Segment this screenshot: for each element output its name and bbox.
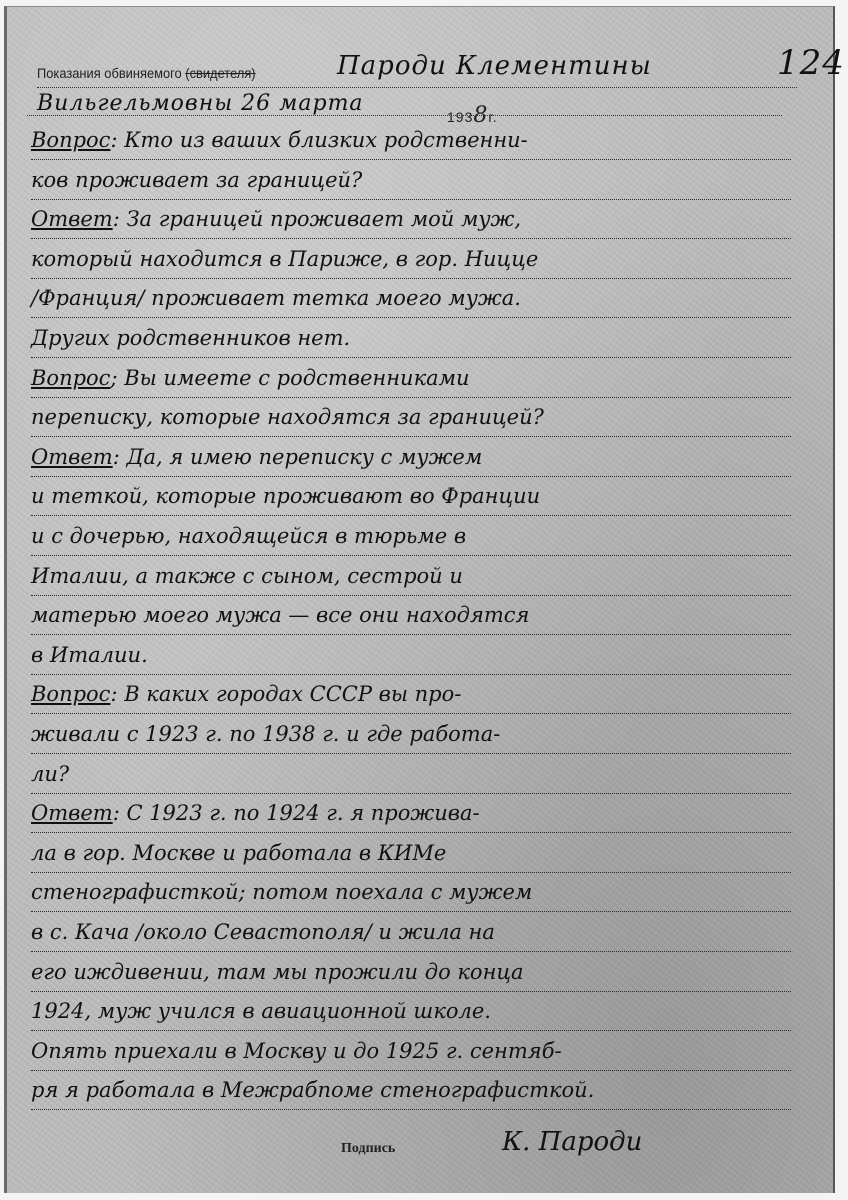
header-rule-2 <box>27 115 782 116</box>
testimony-line: Вопрос; Вы имеете с родственниками <box>31 359 791 398</box>
printed-header-label: Показания обвиняемого (свидетеля) <box>37 65 256 81</box>
line-text: стенографисткой; потом поехала с мужем <box>31 880 532 904</box>
testimony-line: переписку, которые находятся за границей… <box>31 398 791 437</box>
signature-label: Подпись <box>341 1141 395 1157</box>
testimony-line: и теткой, которые проживают во Франции <box>31 477 791 516</box>
testimony-line: Италии, а также с сыном, сестрой и <box>31 557 791 596</box>
testimony-line: стенографисткой; потом поехала с мужем <box>31 873 791 912</box>
qa-label: Вопрос <box>31 366 110 390</box>
testimony-line: ря я работала в Межрабпоме стенографистк… <box>31 1071 791 1110</box>
qa-label: Вопрос <box>31 682 110 706</box>
qa-label: Вопрос <box>31 128 110 152</box>
line-text: живали с 1923 г. по 1938 г. и где работа… <box>31 722 500 746</box>
testimony-line: матерью моего мужа — все они находятся <box>31 596 791 635</box>
testimony-line: /Франция/ проживает тетка моего мужа. <box>31 279 791 318</box>
testimony-line: Ответ: С 1923 г. по 1924 г. я прожива- <box>31 794 791 833</box>
line-text: Других родственников нет. <box>31 326 350 350</box>
document-page: Показания обвиняемого (свидетеля) Пароди… <box>4 6 835 1193</box>
line-text: переписку, которые находятся за границей… <box>31 405 544 429</box>
line-text: : Кто из ваших близких родственни- <box>110 128 527 152</box>
printed-label-struck: (свидетеля) <box>185 65 255 81</box>
line-text: : За границей проживает мой муж, <box>113 207 521 231</box>
testimony-line: Вопрос: В каких городах СССР вы про- <box>31 675 791 714</box>
line-text: : С 1923 г. по 1924 г. я прожива- <box>113 801 480 825</box>
line-text: 1924, муж учился в авиационной школе. <box>31 999 491 1023</box>
testimony-line: ла в гор. Москве и работала в КИМе <box>31 834 791 873</box>
testimony-line: Других родственников нет. <box>31 319 791 358</box>
testimony-line: в с. Кача /около Севастополя/ и жила на <box>31 913 791 952</box>
line-text: Опять приехали в Москву и до 1925 г. сен… <box>31 1039 562 1063</box>
accused-name: Пароди Клементины <box>337 51 652 81</box>
line-text: в с. Кача /около Севастополя/ и жила на <box>31 920 495 944</box>
line-text: ли? <box>31 762 69 786</box>
testimony-line: Вопрос: Кто из ваших близких родственни- <box>31 121 791 160</box>
line-text: его иждивении, там мы прожили до конца <box>31 960 524 984</box>
signature: К. Пароди <box>502 1127 642 1157</box>
qa-label: Ответ <box>31 207 113 231</box>
testimony-line: и с дочерью, находящейся в тюрьме в <box>31 517 791 556</box>
testimony-line: который находится в Париже, в гор. Ницце <box>31 240 791 279</box>
line-text: /Франция/ проживает тетка моего мужа. <box>31 286 521 310</box>
testimony-line: ли? <box>31 755 791 794</box>
testimony-line: живали с 1923 г. по 1938 г. и где работа… <box>31 715 791 754</box>
line-text: : В каких городах СССР вы про- <box>110 682 461 706</box>
line-text: матерью моего мужа — все они находятся <box>31 603 529 627</box>
line-text: ла в гор. Москве и работала в КИМе <box>31 841 446 865</box>
qa-label: Ответ <box>31 801 113 825</box>
patronymic-and-date: Вильгельмовны 26 марта <box>37 91 364 116</box>
line-text: и теткой, которые проживают во Франции <box>31 484 540 508</box>
line-text: : Да, я имею переписку с мужем <box>113 445 483 469</box>
testimony-line: Ответ: Да, я имею переписку с мужем <box>31 438 791 477</box>
testimony-line: ков проживает за границей? <box>31 161 791 200</box>
line-text: в Италии. <box>31 643 148 667</box>
testimony-line: его иждивении, там мы прожили до конца <box>31 953 791 992</box>
page-number: 124 <box>777 43 845 83</box>
line-text: ря я работала в Межрабпоме стенографистк… <box>31 1078 594 1102</box>
line-text: ; Вы имеете с родственниками <box>110 366 469 390</box>
printed-label-text: Показания обвиняемого <box>37 65 182 81</box>
line-text: и с дочерью, находящейся в тюрьме в <box>31 524 466 548</box>
testimony-line: Опять приехали в Москву и до 1925 г. сен… <box>31 1032 791 1071</box>
testimony-line: в Италии. <box>31 636 791 675</box>
line-text: ков проживает за границей? <box>31 168 362 192</box>
line-text: который находится в Париже, в гор. Ницце <box>31 247 538 271</box>
line-text: Италии, а также с сыном, сестрой и <box>31 564 463 588</box>
testimony-line: Ответ: За границей проживает мой муж, <box>31 200 791 239</box>
qa-label: Ответ <box>31 445 113 469</box>
testimony-line: 1924, муж учился в авиационной школе. <box>31 992 791 1031</box>
